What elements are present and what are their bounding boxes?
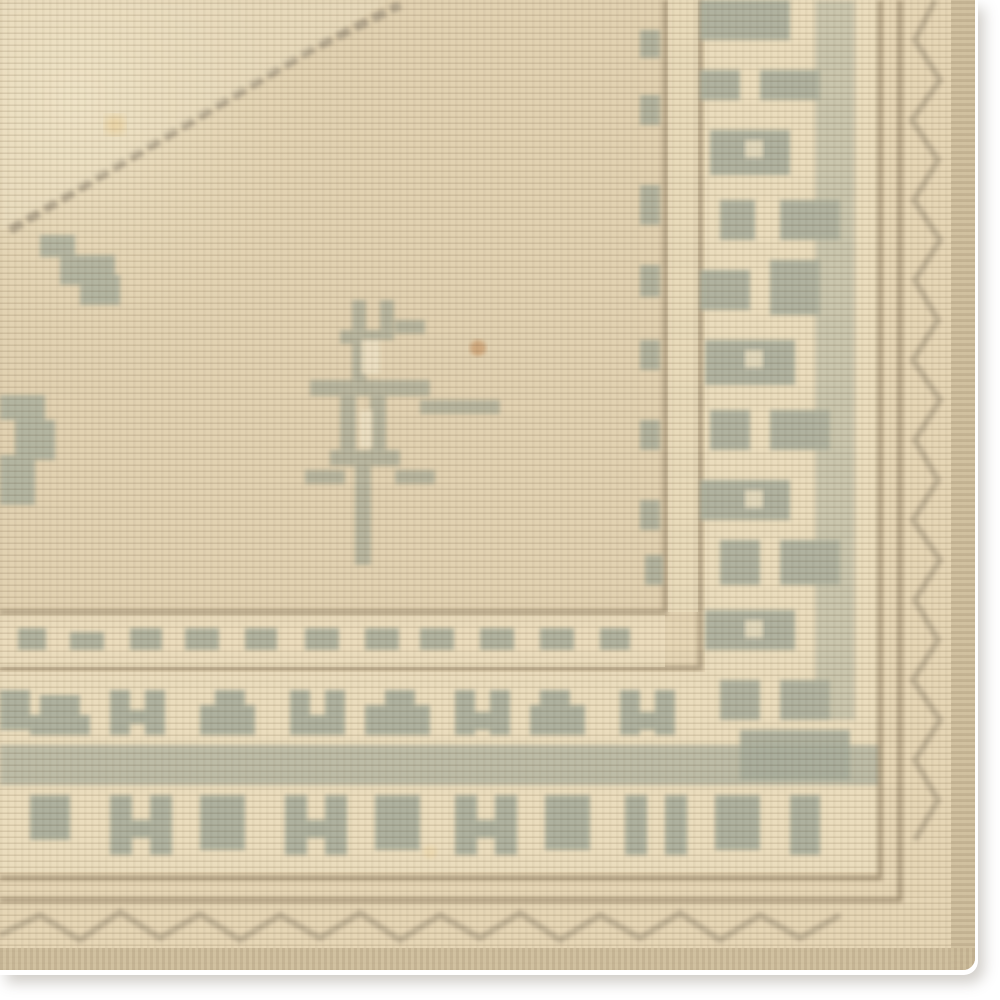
bottom-binding	[0, 948, 975, 970]
rug-pattern	[0, 0, 975, 970]
product-photo	[0, 0, 1000, 1000]
rug-corner	[0, 0, 975, 970]
side-binding	[951, 0, 975, 970]
